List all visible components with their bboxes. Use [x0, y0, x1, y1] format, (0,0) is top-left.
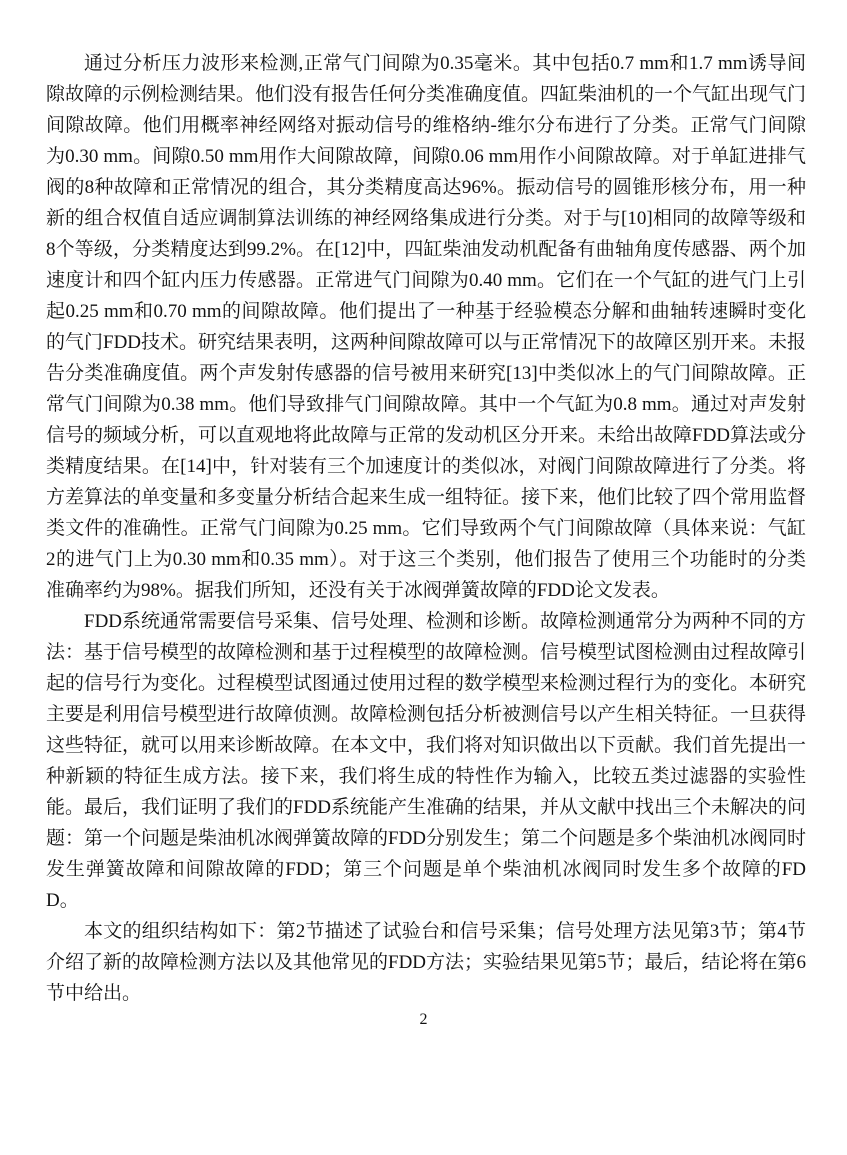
page-footer: 2 — [0, 1010, 847, 1030]
paragraph-paper-structure: 本文的组织结构如下：第2节描述了试验台和信号采集；信号处理方法见第3节；第4节介… — [46, 916, 806, 1009]
page-number: 2 — [420, 1011, 428, 1028]
document-page: 通过分析压力波形来检测,正常气门间隙为0.35毫米。其中包括0.7 mm和1.7… — [0, 0, 847, 1155]
document-body: 通过分析压力波形来检测,正常气门间隙为0.35毫米。其中包括0.7 mm和1.7… — [46, 48, 806, 1009]
paragraph-fdd-contributions: FDD系统通常需要信号采集、信号处理、检测和诊断。故障检测通常分为两种不同的方法… — [46, 606, 806, 916]
paragraph-literature-review: 通过分析压力波形来检测,正常气门间隙为0.35毫米。其中包括0.7 mm和1.7… — [46, 48, 806, 606]
